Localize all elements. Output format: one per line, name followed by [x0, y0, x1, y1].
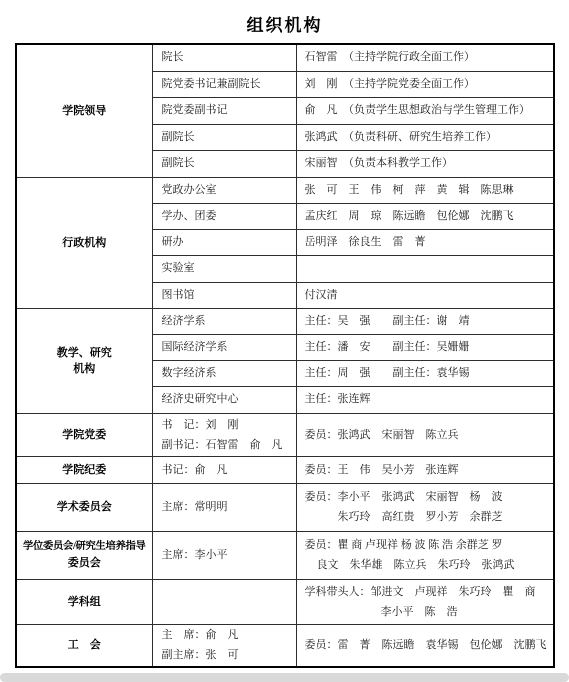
- row-value: 委员：李小平 张鸿武 宋丽智 杨 波 朱巧玲 高红贵 罗小芳 余群芝: [296, 483, 554, 531]
- row-label: 党政办公室: [152, 177, 296, 203]
- row-value: 委员：雷 菁 陈远瞻 袁华锡 包伦娜 沈鹏飞: [296, 624, 554, 667]
- section-label-degree-committee: 学位委员会/研究生培养指导 委员会: [16, 531, 152, 579]
- row-value: 俞 凡 （负责学生思想政治与学生管理工作）: [296, 97, 554, 124]
- section-label-academic-committee: 学术委员会: [16, 483, 152, 531]
- row-label: 数字经济系: [152, 360, 296, 386]
- row-value: 主任：吴 强 副主任：谢 靖: [296, 308, 554, 334]
- row-label: 学办、团委: [152, 203, 296, 229]
- row-value: 张 可 王 伟 柯 萍 黄 辑 陈思琳: [296, 177, 554, 203]
- row-label: 主席：常明明: [152, 483, 296, 531]
- row-label: 书 记：刘 刚 副书记：石智雷 俞 凡: [152, 413, 296, 456]
- page-bottom-bar: [0, 673, 569, 682]
- section-label-college-leadership: 学院领导: [16, 44, 152, 177]
- row-label: 书记：俞 凡: [152, 456, 296, 483]
- row-value: 委员：瞿 商 卢现祥 杨 波 陈 浩 余群芝 罗 良文 朱华雄 陈立兵 朱巧玲 …: [296, 531, 554, 579]
- section-label-discipline-group: 学科组: [16, 579, 152, 624]
- row-value: 石智雷 （主持学院行政全面工作）: [296, 44, 554, 71]
- row-value: 主任：潘 安 副主任：吴姗姗: [296, 334, 554, 360]
- row-label: 院长: [152, 44, 296, 71]
- row-value: 委员：张鸿武 宋丽智 陈立兵: [296, 413, 554, 456]
- row-value: 主任：周 强 副主任：袁华锡: [296, 360, 554, 386]
- section-label-teaching-research: 教学、研究 机构: [16, 308, 152, 413]
- row-label: 图书馆: [152, 282, 296, 308]
- row-label: 经济学系: [152, 308, 296, 334]
- row-label: 院党委书记兼副院长: [152, 71, 296, 97]
- row-label: 主 席：俞 凡 副主席：张 可: [152, 624, 296, 667]
- section-label-labor-union: 工 会: [16, 624, 152, 667]
- section-label-administrative: 行政机构: [16, 177, 152, 308]
- row-value: 岳明泽 徐良生 雷 菁: [296, 229, 554, 255]
- section-label-discipline-committee: 学院纪委: [16, 456, 152, 483]
- row-value: 孟庆红 周 琼 陈远瞻 包伦娜 沈鹏飞: [296, 203, 554, 229]
- row-value: [296, 255, 554, 282]
- section-label-party-committee: 学院党委: [16, 413, 152, 456]
- row-value: 刘 刚 （主持学院党委全面工作）: [296, 71, 554, 97]
- row-value: 主任：张连辉: [296, 386, 554, 413]
- row-value: 张鸿武 （负责科研、研究生培养工作）: [296, 124, 554, 150]
- row-label: 主席：李小平: [152, 531, 296, 579]
- row-label: 国际经济学系: [152, 334, 296, 360]
- row-label: 经济史研究中心: [152, 386, 296, 413]
- row-value: 宋丽智 （负责本科教学工作）: [296, 150, 554, 177]
- row-label: 院党委副书记: [152, 97, 296, 124]
- row-label: [152, 579, 296, 624]
- row-value: 委员：王 伟 吴小芳 张连辉: [296, 456, 554, 483]
- row-label: 副院长: [152, 150, 296, 177]
- row-value: 学科带头人：邹进文 卢现祥 朱巧玲 瞿 商 李小平 陈 浩: [296, 579, 554, 624]
- row-label: 实验室: [152, 255, 296, 282]
- org-structure-table: 学院领导 院长 石智雷 （主持学院行政全面工作） 院党委书记兼副院长 刘 刚 （…: [15, 43, 555, 668]
- row-label: 副院长: [152, 124, 296, 150]
- row-label: 研办: [152, 229, 296, 255]
- page-title: 组织机构: [0, 11, 569, 36]
- row-value: 付汉清: [296, 282, 554, 308]
